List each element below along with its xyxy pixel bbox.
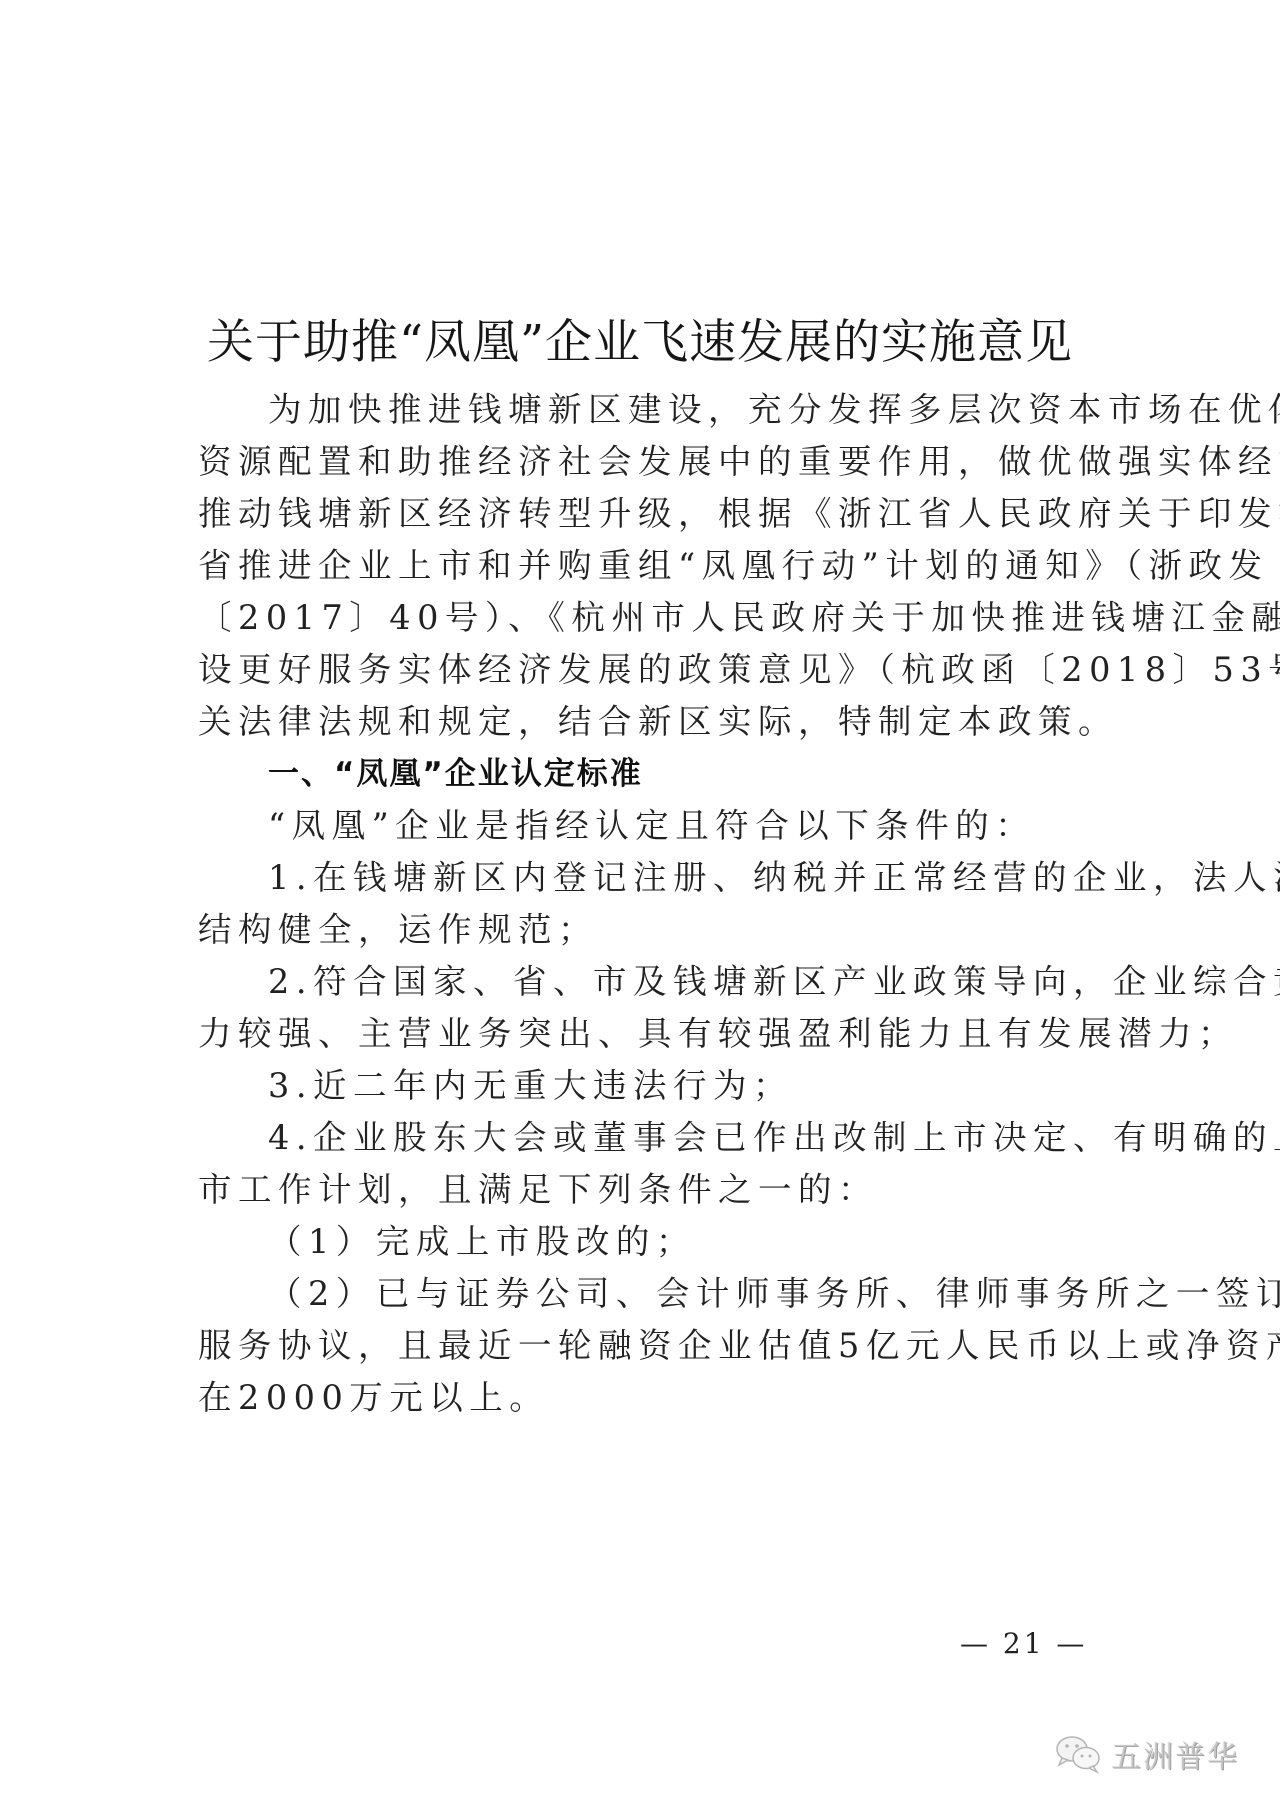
body-line: 〔2017〕40号）、《杭州市人民政府关于加快推进钱塘江金融港湾建 xyxy=(198,596,1280,640)
document-page: 关于助推“凤凰”企业飞速发展的实施意见 为加快推进钱塘新区建设，充分发挥多层次资… xyxy=(0,0,1280,1810)
page-number: — 21 — xyxy=(960,1626,1087,1662)
list-item-1-continued: 结构健全，运作规范； xyxy=(198,908,598,952)
sub-item-1: （1）完成上市股改的； xyxy=(268,1220,696,1264)
list-item-2: 2.符合国家、省、市及钱塘新区产业政策导向，企业综合竞争 xyxy=(268,960,1280,1004)
body-line: 省推进企业上市和并购重组“凤凰行动”计划的通知》（浙政发 xyxy=(198,544,1269,588)
wechat-icon xyxy=(1055,1734,1103,1774)
sub-item-2-continued: 在2000万元以上。 xyxy=(198,1376,549,1420)
list-item-4: 4.企业股东大会或董事会已作出改制上市决定、有明确的上 xyxy=(268,1116,1280,1160)
body-line: “凤凰”企业是指经认定且符合以下条件的： xyxy=(268,804,1035,848)
sub-item-2: （2）已与证券公司、会计师事务所、律师事务所之一签订上市 xyxy=(268,1272,1280,1316)
list-item-2-continued: 力较强、主营业务突出、具有较强盈利能力且有发展潜力； xyxy=(198,1012,1238,1056)
body-line: 设更好服务实体经济发展的政策意见》（杭政函〔2018〕53号）等相 xyxy=(198,648,1280,692)
list-item-3: 3.近二年内无重大违法行为； xyxy=(268,1064,793,1108)
body-line: 关法律法规和规定，结合新区实际，特制定本政策。 xyxy=(198,700,1118,744)
section-heading: 一、“凤凰”企业认定标准 xyxy=(268,752,643,796)
watermark-text: 五洲普华 xyxy=(1111,1732,1239,1776)
list-item-1: 1.在钱塘新区内登记注册、纳税并正常经营的企业，法人治理 xyxy=(268,856,1280,900)
watermark: 五洲普华 xyxy=(1055,1732,1239,1776)
body-line: 为加快推进钱塘新区建设，充分发挥多层次资本市场在优化 xyxy=(268,388,1280,432)
list-item-4-continued: 市工作计划，且满足下列条件之一的： xyxy=(198,1168,878,1212)
body-line: 推动钱塘新区经济转型升级，根据《浙江省人民政府关于印发浙江 xyxy=(198,492,1280,536)
body-line: 资源配置和助推经济社会发展中的重要作用，做优做强实体经济， xyxy=(198,440,1280,484)
document-title: 关于助推“凤凰”企业飞速发展的实施意见 xyxy=(0,313,1280,373)
sub-item-2-continued: 服务协议，且最近一轮融资企业估值5亿元人民币以上或净资产 xyxy=(198,1324,1280,1368)
